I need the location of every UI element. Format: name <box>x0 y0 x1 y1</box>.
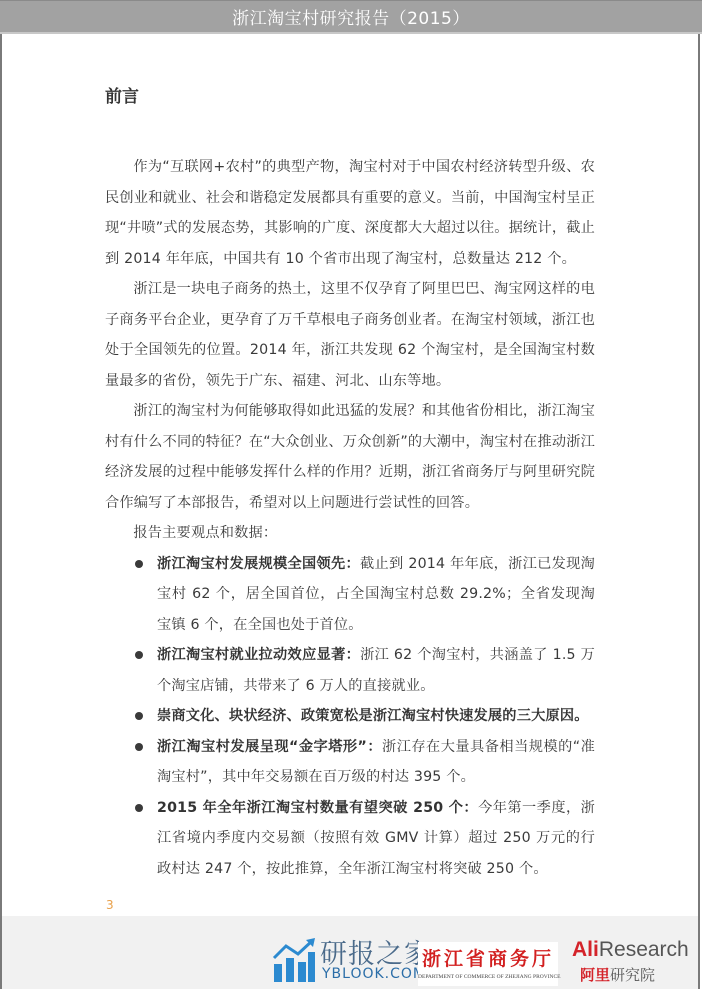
zhejiang-cn: 浙江省商务厅 <box>422 944 554 971</box>
finding-heading: 浙江淘宝村就业拉动效应显著： <box>157 647 360 663</box>
ali-text: Ali <box>572 938 599 961</box>
yblook-logo: 研报之家 YBLOOK.COM <box>272 936 432 984</box>
bullet-icon <box>135 804 143 812</box>
finding-heading: 2015 年全年浙江淘宝村数量有望突破 250 个： <box>157 800 478 816</box>
zhejiang-commerce-logo: 浙江省商务厅 DEPARTMENT OF COMMERCE OF ZHEJIAN… <box>418 942 558 986</box>
page-content: 前言 作为“互联网+农村”的典型产物，淘宝村对于中国农村经济转型升级、农民创业和… <box>105 84 595 110</box>
research-text: Research <box>599 938 689 961</box>
aliresearch-logo: AliResearch 阿里研究院 <box>572 938 700 986</box>
zhejiang-en: DEPARTMENT OF COMMERCE OF ZHEJIANG PROVI… <box>418 974 561 980</box>
bar-chart-icon <box>272 938 316 984</box>
bullet-icon <box>135 743 143 751</box>
yblook-en: YBLOOK.COM <box>322 966 426 982</box>
paragraph: 浙江的淘宝村为何能够取得如此迅猛的发展？和其他省份相比，浙江淘宝村有什么不同的特… <box>105 396 595 518</box>
preface-body: 作为“互联网+农村”的典型产物，淘宝村对于中国农村经济转型升级、农民创业和就业、… <box>105 152 595 884</box>
bullet-icon <box>135 560 143 568</box>
aliresearch-cn: 阿里研究院 <box>580 964 655 985</box>
aliresearch-en: AliResearch <box>572 938 689 962</box>
section-title: 前言 <box>105 84 595 110</box>
paragraph: 浙江是一块电子商务的热土，这里不仅孕育了阿里巴巴、淘宝网这样的电子商务平台企业，… <box>105 274 595 396</box>
bullet-icon <box>135 651 143 659</box>
list-item: 浙江淘宝村发展呈现“金字塔形”：浙江存在大量具备相当规模的“准淘宝村”，其中年交… <box>105 732 595 793</box>
ali-cn-text: 阿里 <box>580 966 610 984</box>
list-item: 崇商文化、块状经济、政策宽松是浙江淘宝村快速发展的三大原因。 <box>105 701 595 732</box>
list-item: 2015 年全年浙江淘宝村数量有望突破 250 个：今年第一季度，浙江省境内季度… <box>105 793 595 885</box>
finding-heading: 浙江淘宝村发展呈现“金字塔形”： <box>157 739 382 755</box>
research-cn-text: 研究院 <box>610 966 655 984</box>
report-title: 浙江淘宝村研究报告（2015） <box>232 4 470 29</box>
bullet-icon <box>135 712 143 720</box>
finding-heading: 崇商文化、块状经济、政策宽松是浙江淘宝村快速发展的三大原因。 <box>157 708 589 724</box>
header-bar: 浙江淘宝村研究报告（2015） <box>0 0 702 34</box>
list-item: 浙江淘宝村发展规模全国领先：截止到 2014 年年底，浙江已发现淘宝村 62 个… <box>105 549 595 641</box>
page-number: 3 <box>106 898 114 912</box>
paragraph: 作为“互联网+农村”的典型产物，淘宝村对于中国农村经济转型升级、农民创业和就业、… <box>105 152 595 274</box>
list-item: 浙江淘宝村就业拉动效应显著：浙江 62 个淘宝村，共涵盖了 1.5 万个淘宝店铺… <box>105 640 595 701</box>
finding-heading: 浙江淘宝村发展规模全国领先： <box>157 556 360 572</box>
paragraph: 报告主要观点和数据： <box>105 518 595 549</box>
key-findings-list: 浙江淘宝村发展规模全国领先：截止到 2014 年年底，浙江已发现淘宝村 62 个… <box>105 549 595 885</box>
